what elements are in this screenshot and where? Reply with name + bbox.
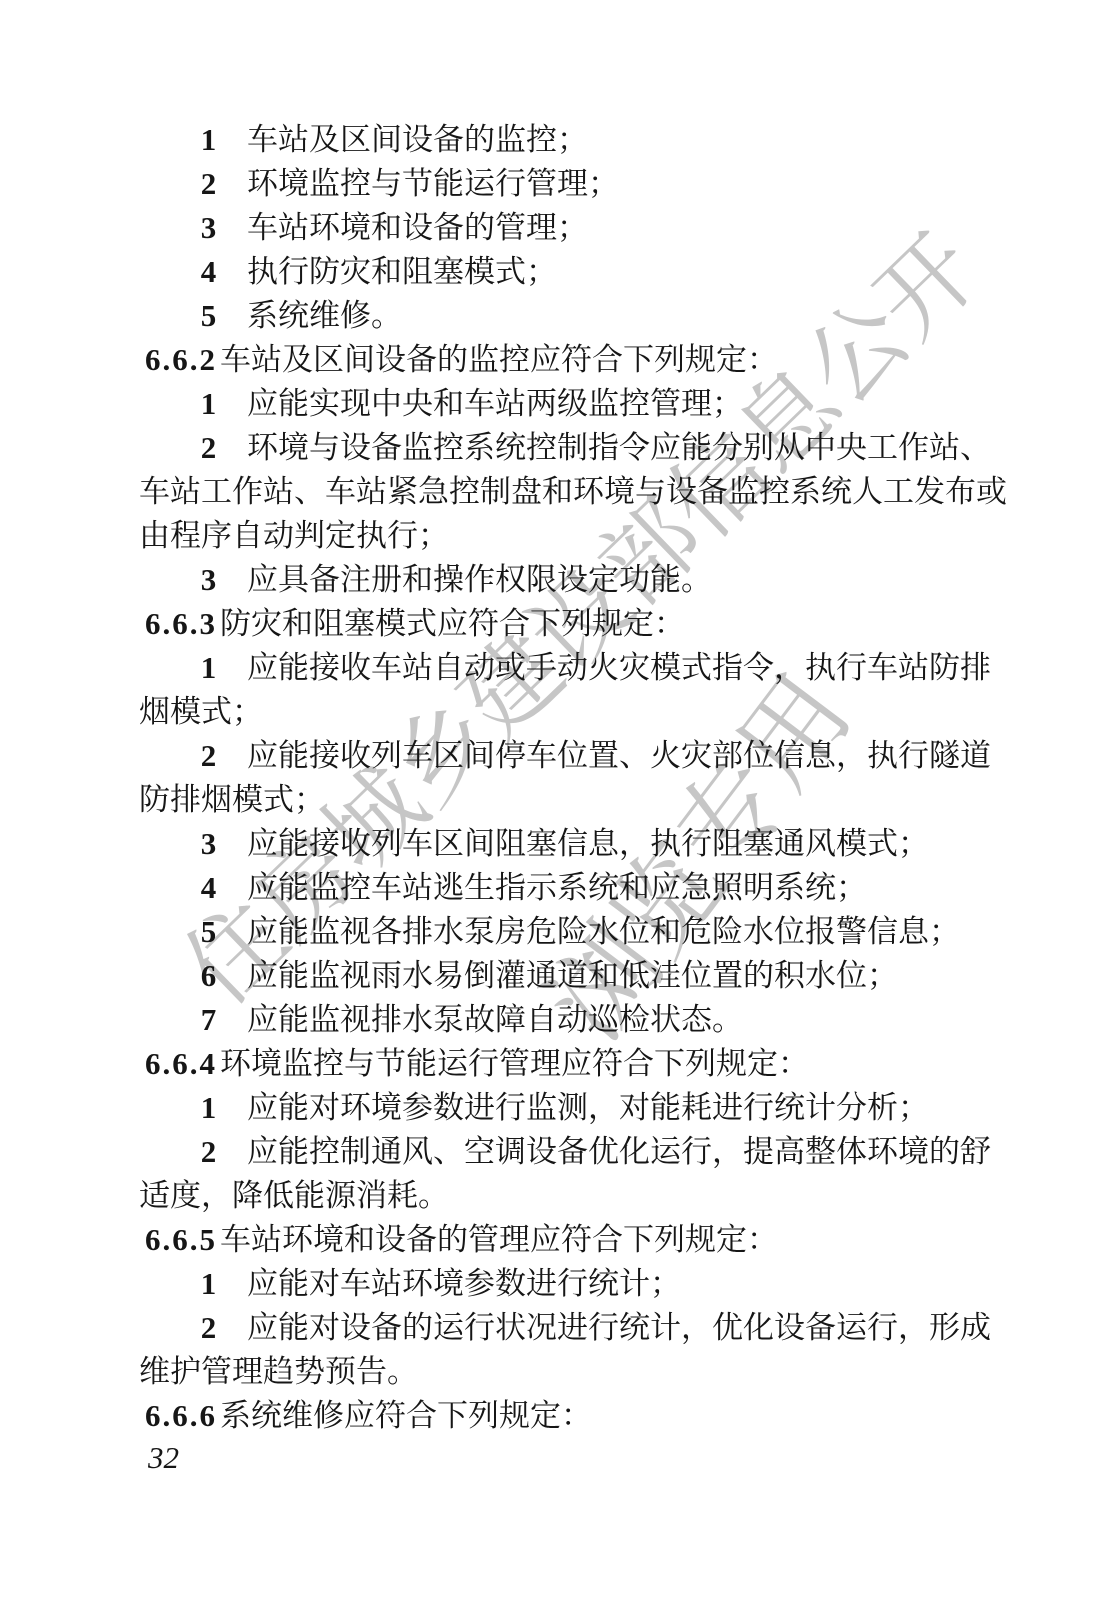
text-line: 2环境与设备监控系统控制指令应能分别从中央工作站、 [139, 426, 1019, 470]
item-number: 5 [200, 910, 217, 954]
text-line: 1应能对车站环境参数进行统计； [139, 1262, 1019, 1306]
line-text: 系统维修。 [247, 298, 402, 333]
item-number: 1 [200, 1262, 217, 1306]
line-text: 车站环境和设备的管理； [247, 210, 588, 245]
text-line: 6.6.3防灾和阻塞模式应符合下列规定： [139, 602, 1019, 646]
item-number: 7 [200, 998, 217, 1042]
line-text: 应能对环境参数进行监测，对能耗进行统计分析； [247, 1090, 929, 1125]
text-line: 1应能接收车站自动或手动火灾模式指令，执行车站防排 [139, 646, 1019, 690]
line-text: 防灾和阻塞模式应符合下列规定： [220, 606, 685, 641]
text-line: 维护管理趋势预告。 [139, 1350, 1019, 1394]
clause-number: 6.6.5 [145, 1218, 220, 1262]
line-text: 环境与设备监控系统控制指令应能分别从中央工作站、 [247, 430, 991, 465]
text-line: 3应具备注册和操作权限设定功能。 [139, 558, 1019, 602]
clause-number: 6.6.6 [145, 1394, 220, 1438]
item-number: 1 [200, 118, 217, 162]
line-text: 车站及区间设备的监控应符合下列规定： [220, 342, 778, 377]
item-number: 2 [200, 162, 217, 206]
line-text: 系统维修应符合下列规定： [220, 1398, 592, 1433]
line-text: 环境监控与节能运行管理应符合下列规定： [220, 1046, 809, 1081]
clause-number: 6.6.3 [145, 602, 220, 646]
line-text: 烟模式； [139, 694, 263, 729]
text-line: 5应能监视各排水泵房危险水位和危险水位报警信息； [139, 910, 1019, 954]
line-text: 应能接收列车区间停车位置、火灾部位信息，执行隧道 [247, 738, 991, 773]
line-text: 防排烟模式； [139, 782, 325, 817]
line-text: 应能控制通风、空调设备优化运行，提高整体环境的舒 [247, 1134, 991, 1169]
item-number: 3 [200, 822, 217, 866]
line-text: 应能对设备的运行状况进行统计，优化设备运行，形成 [247, 1310, 991, 1345]
text-line: 2应能控制通风、空调设备优化运行，提高整体环境的舒 [139, 1130, 1019, 1174]
text-line: 6.6.5车站环境和设备的管理应符合下列规定： [139, 1218, 1019, 1262]
text-line: 4执行防灾和阻塞模式； [139, 250, 1019, 294]
item-number: 2 [200, 1130, 217, 1174]
line-text: 执行防灾和阻塞模式； [247, 254, 557, 289]
text-line: 3应能接收列车区间阻塞信息，执行阻塞通风模式； [139, 822, 1019, 866]
text-line: 4应能监控车站逃生指示系统和应急照明系统； [139, 866, 1019, 910]
item-number: 6 [200, 954, 217, 998]
line-text: 应能接收列车区间阻塞信息，执行阻塞通风模式； [247, 826, 929, 861]
line-text: 应能接收车站自动或手动火灾模式指令，执行车站防排 [247, 650, 991, 685]
text-line: 2应能接收列车区间停车位置、火灾部位信息，执行隧道 [139, 734, 1019, 778]
line-text: 应具备注册和操作权限设定功能。 [247, 562, 712, 597]
item-number: 1 [200, 646, 217, 690]
line-text: 车站工作站、车站紧急控制盘和环境与设备监控系统人工发布或 [139, 474, 1007, 509]
text-line: 防排烟模式； [139, 778, 1019, 822]
item-number: 2 [200, 1306, 217, 1350]
text-line: 1应能实现中央和车站两级监控管理； [139, 382, 1019, 426]
item-number: 1 [200, 1086, 217, 1130]
item-number: 4 [200, 250, 217, 294]
item-number: 2 [200, 426, 217, 470]
line-text: 应能实现中央和车站两级监控管理； [247, 386, 743, 421]
item-number: 2 [200, 734, 217, 778]
item-number: 3 [200, 558, 217, 602]
clause-number: 6.6.4 [145, 1042, 220, 1086]
line-text: 应能监视雨水易倒灌通道和低洼位置的积水位； [247, 958, 898, 993]
text-line: 6.6.4环境监控与节能运行管理应符合下列规定： [139, 1042, 1019, 1086]
line-text: 车站环境和设备的管理应符合下列规定： [220, 1222, 778, 1257]
text-line: 车站工作站、车站紧急控制盘和环境与设备监控系统人工发布或 [139, 470, 1019, 514]
document-page: 住房城乡建设部信息公开 浏览专用 1车站及区间设备的监控；2环境监控与节能运行管… [0, 0, 1103, 1597]
line-text: 应能监视各排水泵房危险水位和危险水位报警信息； [247, 914, 960, 949]
line-text: 由程序自动判定执行； [139, 518, 449, 553]
item-number: 1 [200, 382, 217, 426]
text-line: 6.6.6系统维修应符合下列规定： [139, 1394, 1019, 1438]
line-text: 适度，降低能源消耗。 [139, 1178, 449, 1213]
line-text: 应能监视排水泵故障自动巡检状态。 [247, 1002, 743, 1037]
text-line: 6应能监视雨水易倒灌通道和低洼位置的积水位； [139, 954, 1019, 998]
item-number: 5 [200, 294, 217, 338]
text-line: 适度，降低能源消耗。 [139, 1174, 1019, 1218]
item-number: 3 [200, 206, 217, 250]
text-line: 烟模式； [139, 690, 1019, 734]
text-line: 5系统维修。 [139, 294, 1019, 338]
text-line: 2应能对设备的运行状况进行统计，优化设备运行，形成 [139, 1306, 1019, 1350]
document-content: 1车站及区间设备的监控；2环境监控与节能运行管理；3车站环境和设备的管理；4执行… [139, 118, 1019, 1438]
line-text: 维护管理趋势预告。 [139, 1354, 418, 1389]
page-number: 32 [148, 1438, 179, 1478]
line-text: 环境监控与节能运行管理； [247, 166, 619, 201]
line-text: 应能对车站环境参数进行统计； [247, 1266, 681, 1301]
text-line: 7应能监视排水泵故障自动巡检状态。 [139, 998, 1019, 1042]
text-line: 由程序自动判定执行； [139, 514, 1019, 558]
item-number: 4 [200, 866, 217, 910]
text-line: 2环境监控与节能运行管理； [139, 162, 1019, 206]
text-line: 1应能对环境参数进行监测，对能耗进行统计分析； [139, 1086, 1019, 1130]
clause-number: 6.6.2 [145, 338, 220, 382]
line-text: 车站及区间设备的监控； [247, 122, 588, 157]
text-line: 6.6.2车站及区间设备的监控应符合下列规定： [139, 338, 1019, 382]
text-line: 1车站及区间设备的监控； [139, 118, 1019, 162]
text-line: 3车站环境和设备的管理； [139, 206, 1019, 250]
line-text: 应能监控车站逃生指示系统和应急照明系统； [247, 870, 867, 905]
